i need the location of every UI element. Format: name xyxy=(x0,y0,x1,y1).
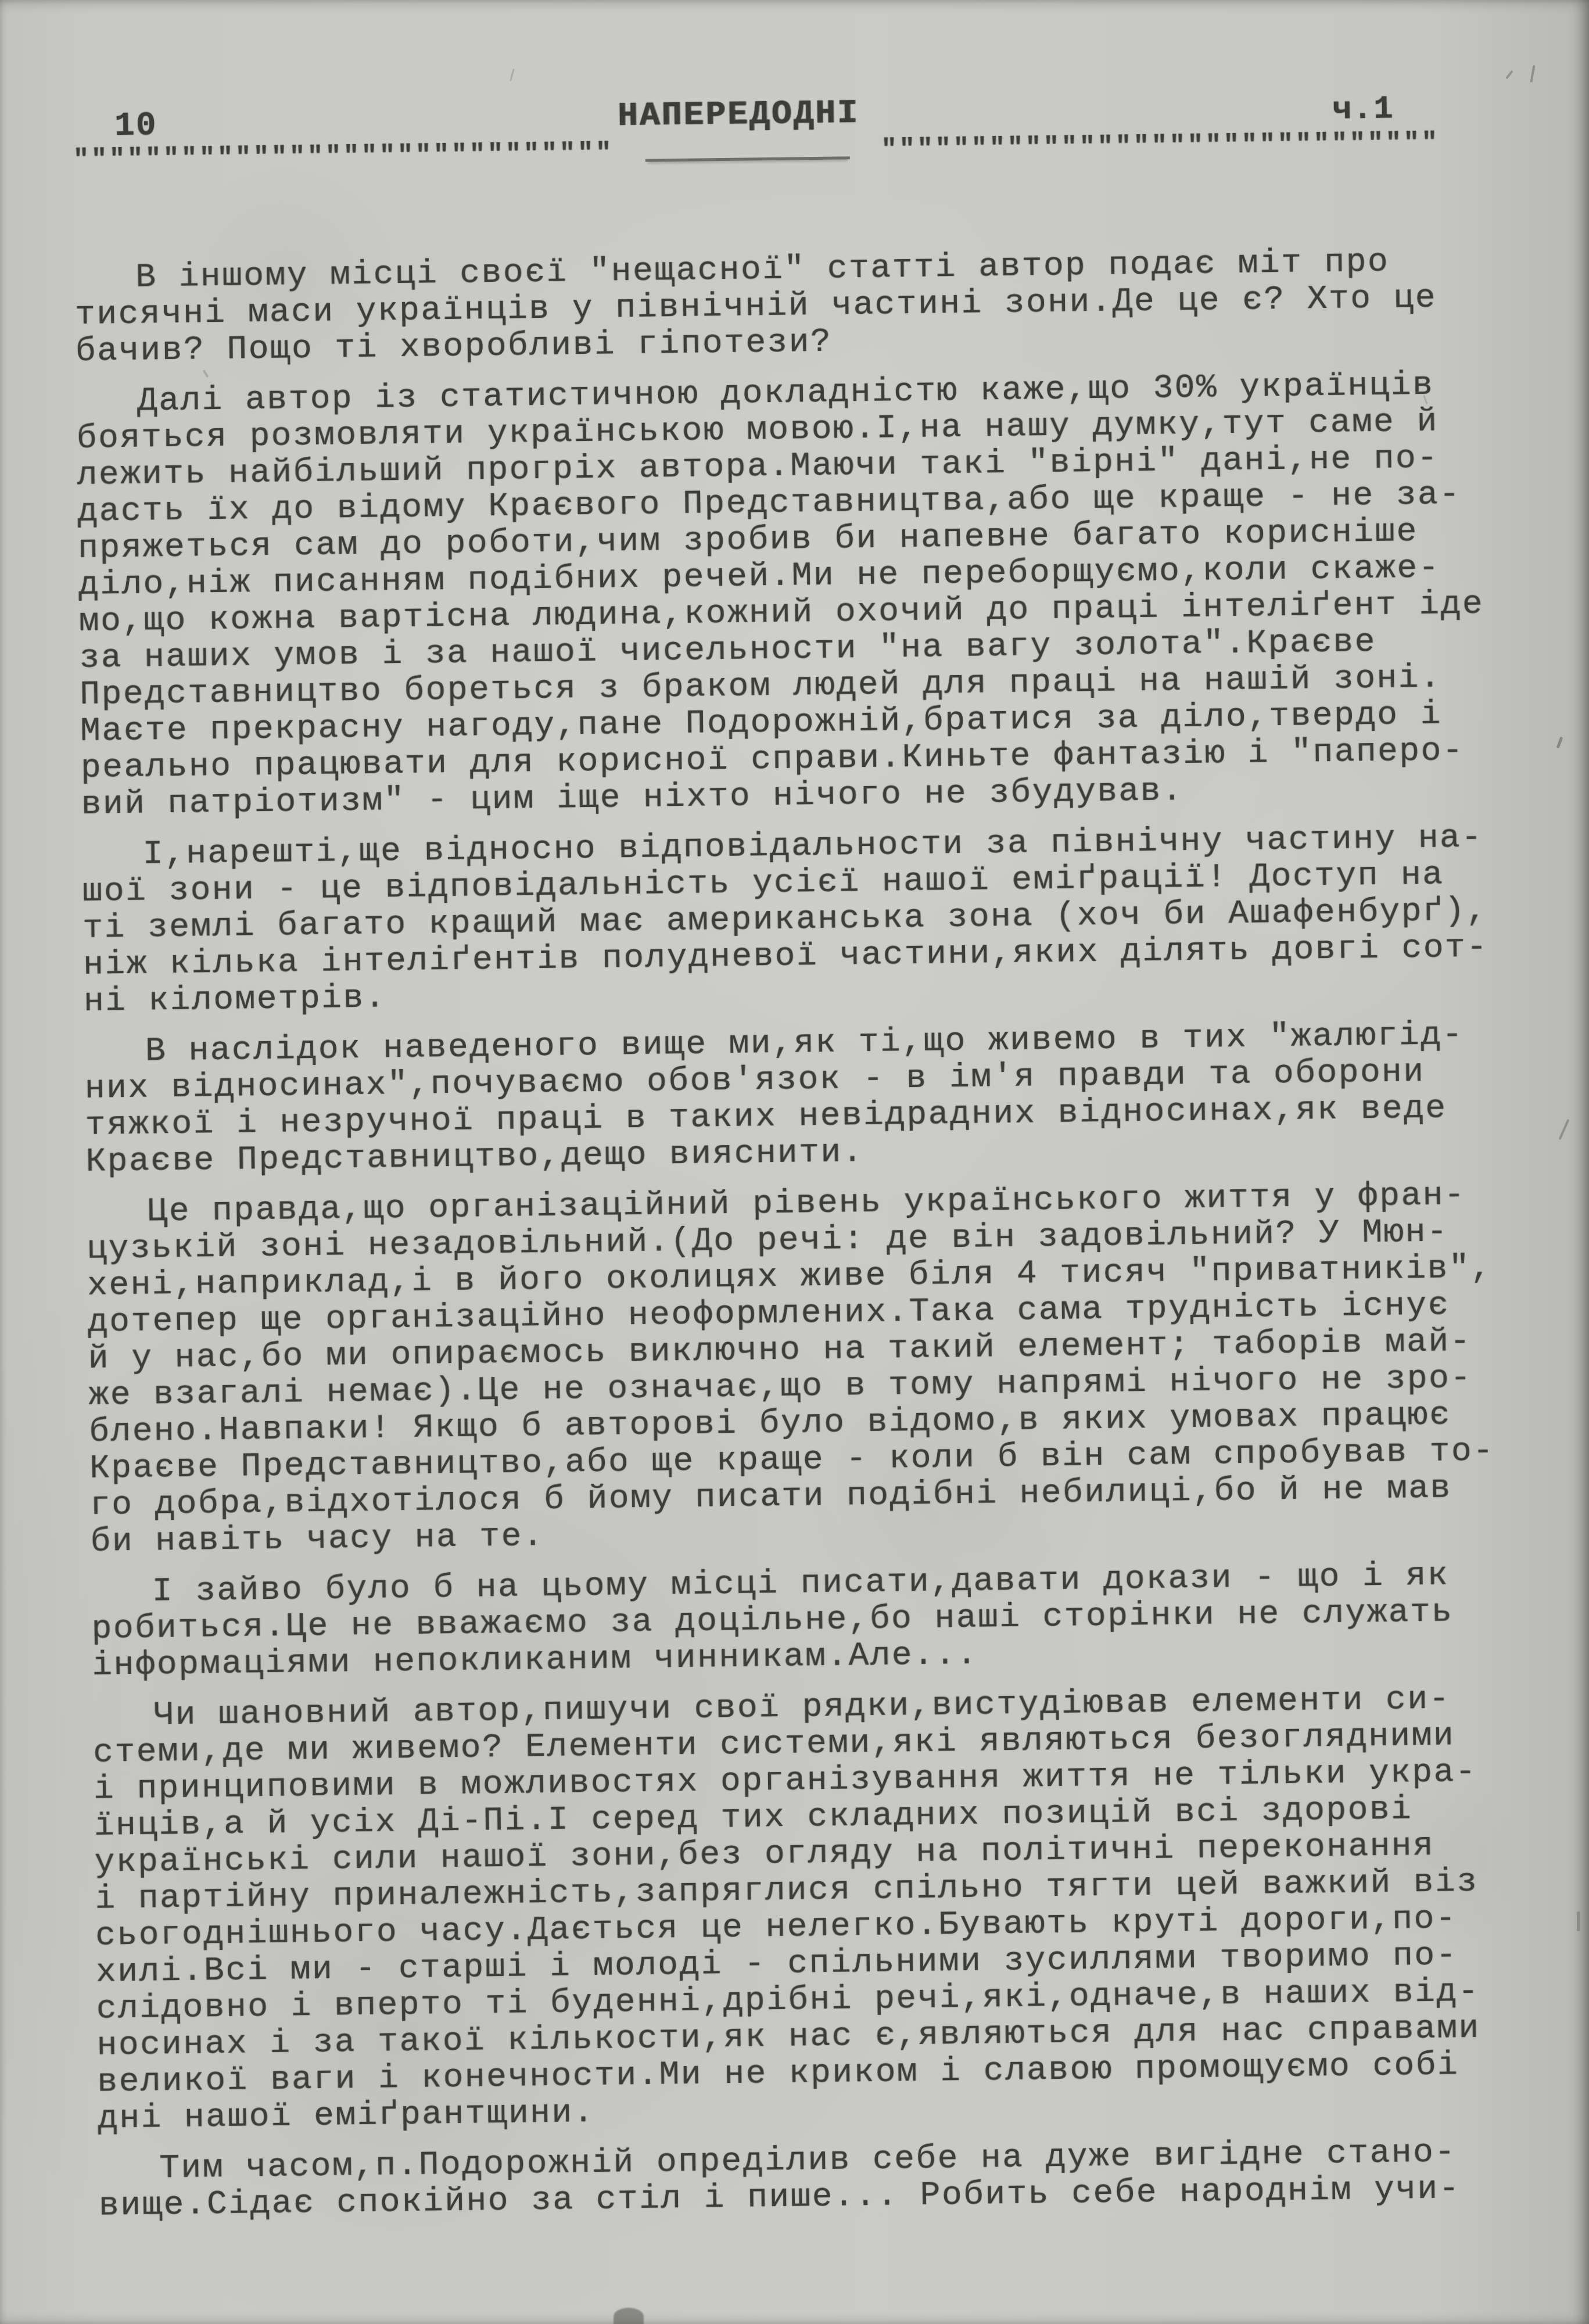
quote-marks-left: """""""""""""""""""""""""""""" xyxy=(73,138,614,175)
publication-title: НАПЕРЕДОДНІ xyxy=(618,95,860,135)
page-number: 10 xyxy=(114,107,157,145)
paper-sheet: 10 НАПЕРЕДОДНІ ч.1 """""""""""""""""""""… xyxy=(0,0,1589,2324)
paragraph-4: В наслідок наведеного вище ми,як ті,що ж… xyxy=(84,1016,1528,1181)
scanned-newspaper-page: { "header": { "page_number": "10", "titl… xyxy=(0,0,1589,2324)
masthead: 10 НАПЕРЕДОДНІ ч.1 xyxy=(0,0,1574,146)
quote-marks-right: """"""""""""""""""""""""""""""" xyxy=(881,128,1440,165)
article-body: В іншому місці своєї "нещасної" статті а… xyxy=(74,242,1541,2239)
paragraph-3: І,нарешті,ще відносно відповідальности з… xyxy=(81,819,1526,1020)
title-underline xyxy=(645,135,849,162)
paragraph-5: Це правда,що організаційний рівень украї… xyxy=(86,1177,1533,1561)
scan-tilt-wrapper: 10 НАПЕРЕДОДНІ ч.1 """""""""""""""""""""… xyxy=(0,0,1589,2324)
paragraph-7: Чи шановний автор,пишучи свої рядки,вист… xyxy=(92,1680,1540,2137)
issue-number: ч.1 xyxy=(1332,90,1394,128)
paragraph-2: Далі автор із статистичною докладністю к… xyxy=(76,366,1523,823)
paragraph-1: В іншому місці своєї "нещасної" статті а… xyxy=(74,242,1518,370)
paragraph-6: І зайво було б на цьому місці писати,дав… xyxy=(91,1556,1534,1684)
paragraph-8: Тим часом,п.Подорожній опреділив себе на… xyxy=(98,2133,1541,2225)
